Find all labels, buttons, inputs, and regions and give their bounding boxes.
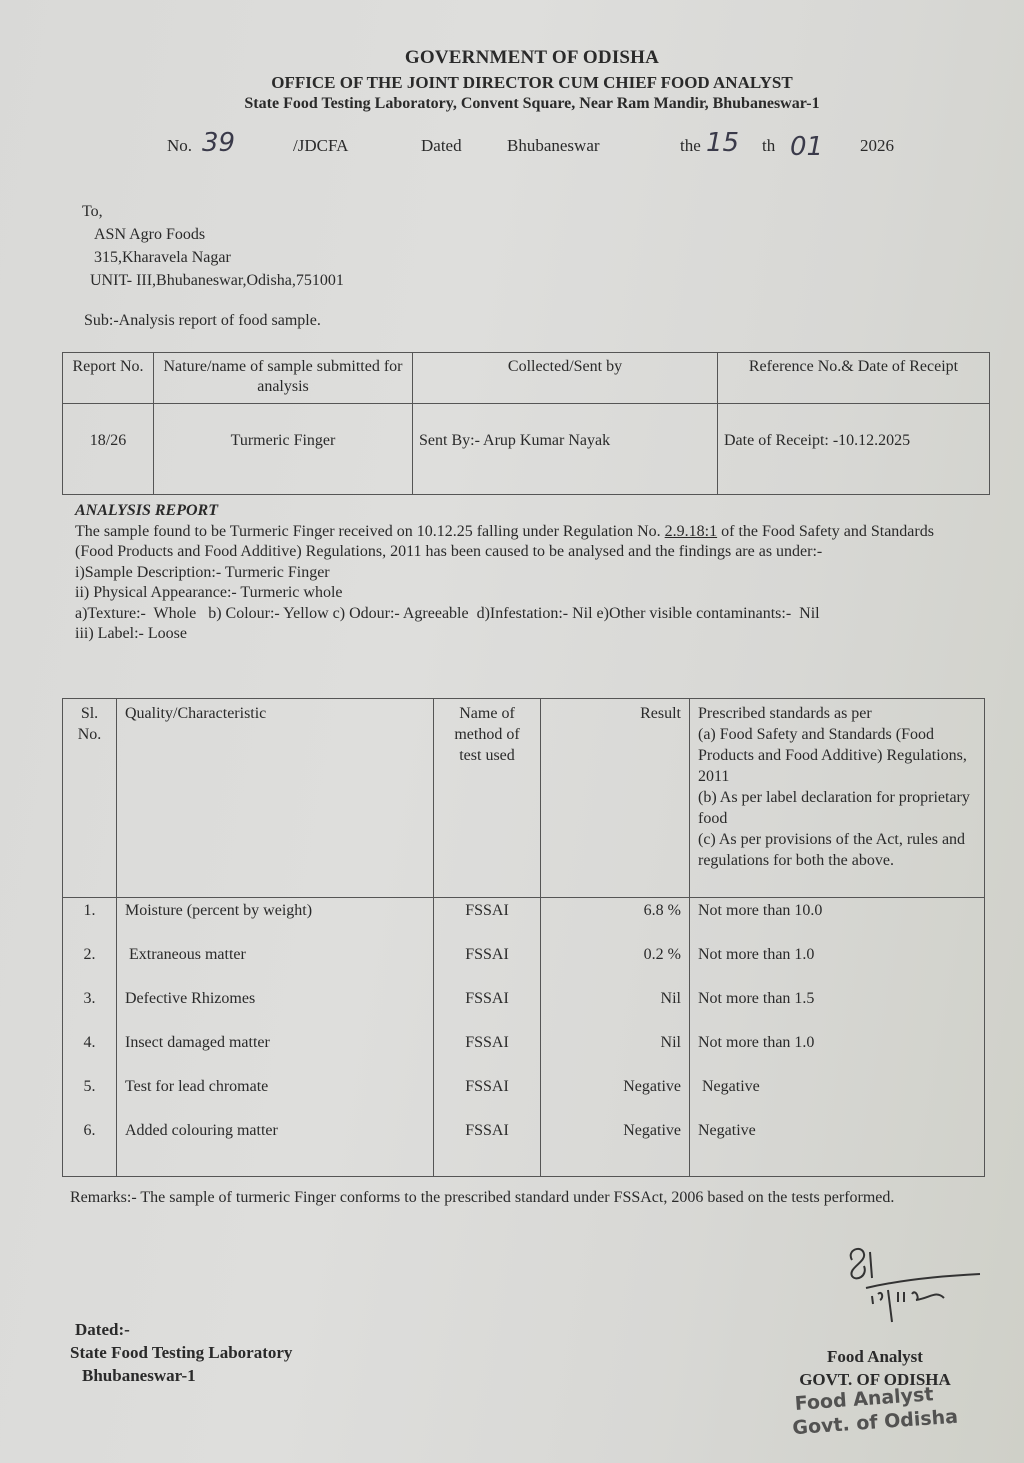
sl-no: 5. [63,1074,117,1118]
result-value: Negative [541,1074,690,1118]
header-sample-name: Nature/name of sample submitted for anal… [154,353,413,404]
sl-no: 1. [63,898,117,943]
footer-lab-name: State Food Testing Laboratory [70,1341,292,1364]
footer-designation: Food Analyst [770,1345,980,1368]
regulation-number: 2.9.18:1 [665,523,717,540]
prescribed-standard: Not more than 1.0 [690,1030,985,1074]
ref-office-code: /JDCFA [293,136,348,156]
header-government: GOVERNMENT OF ODISHA [0,47,1024,69]
table-row: 4.Insect damaged matterFSSAINilNot more … [63,1030,985,1074]
footer-lab-block: Dated:- State Food Testing Laboratory Bh… [70,1318,292,1387]
remarks: Remarks:- The sample of turmeric Finger … [70,1187,990,1208]
standard-line: (a) Food Safety and Standards (Food Prod… [698,724,976,787]
ref-dated-label: Dated [421,136,462,156]
sent-by: Sent By:- Arup Kumar Nayak [413,404,718,495]
header-collected-by: Collected/Sent by [413,353,718,404]
recipient-address-line1: 315,Kharavela Nagar [82,246,344,269]
result-value: Negative [541,1118,690,1177]
test-method: FSSAI [434,1030,541,1074]
to-label: To, [82,200,344,223]
physical-appearance: ii) Physical Appearance:- Turmeric whole [75,583,975,604]
handwritten-signature [840,1238,990,1328]
sample-description: i)Sample Description:- Turmeric Finger [75,563,975,584]
ref-day: 15 [706,128,739,158]
header-report-no: Report No. [63,353,154,404]
footer-dated: Dated:- [70,1318,292,1341]
header-standard: Prescribed standards as per (a) Food Saf… [690,699,985,898]
standard-line: (b) As per label declaration for proprie… [698,787,976,829]
result-value: 6.8 % [541,898,690,943]
standard-line: (c) As per provisions of the Act, rules … [698,829,976,871]
standard-line: Prescribed standards as per [698,703,976,724]
analysis-text-pre: The sample found to be Turmeric Finger r… [75,523,665,540]
table-row: 5.Test for lead chromateFSSAINegative Ne… [63,1074,985,1118]
sample-info-table: Report No. Nature/name of sample submitt… [62,352,990,495]
results-table: Sl. No. Quality/Characteristic Name of m… [62,698,985,1177]
ref-year: 2026 [860,136,894,156]
sl-no: 2. [63,942,117,986]
prescribed-standard: Negative [690,1074,985,1118]
sl-no: 6. [63,1118,117,1177]
ref-no-value: 39 [202,128,235,158]
sl-no: 4. [63,1030,117,1074]
ref-place: Bhubaneswar [507,136,600,156]
analysis-title: ANALYSIS REPORT [75,501,975,522]
result-value: 0.2 % [541,942,690,986]
label-info: iii) Label:- Loose [75,624,975,645]
header-reference: Reference No.& Date of Receipt [718,353,990,404]
prescribed-standard: Not more than 1.5 [690,986,985,1030]
subject-line: Sub:-Analysis report of food sample. [84,312,321,330]
sample-table-header: Report No. Nature/name of sample submitt… [63,353,990,404]
recipient-address-line2: UNIT- III,Bhubaneswar,Odisha,751001 [82,269,344,292]
quality-characteristic: Extraneous matter [117,942,434,986]
result-value: Nil [541,1030,690,1074]
ref-month: 01 [790,132,823,162]
test-method: FSSAI [434,1074,541,1118]
test-method: FSSAI [434,986,541,1030]
result-value: Nil [541,986,690,1030]
quality-characteristic: Insect damaged matter [117,1030,434,1074]
table-row: 3.Defective RhizomesFSSAINilNot more tha… [63,986,985,1030]
test-method: FSSAI [434,898,541,943]
recipient-name: ASN Agro Foods [82,223,344,246]
table-row: 1.Moisture (percent by weight)FSSAI6.8 %… [63,898,985,943]
footer-city: Bhubaneswar-1 [70,1364,292,1387]
physical-attributes: a)Texture:- Whole b) Colour:- Yellow c) … [75,604,975,625]
header-result: Result [541,699,690,898]
header-office: OFFICE OF THE JOINT DIRECTOR CUM CHIEF F… [0,73,1024,93]
header-method: Name of method of test used [434,699,541,898]
table-row: 2. Extraneous matterFSSAI0.2 %Not more t… [63,942,985,986]
report-no: 18/26 [63,404,154,495]
quality-characteristic: Defective Rhizomes [117,986,434,1030]
analysis-paragraph: The sample found to be Turmeric Finger r… [75,522,975,563]
recipient-address: To, ASN Agro Foods 315,Kharavela Nagar U… [82,200,344,292]
date-of-receipt: Date of Receipt: -10.12.2025 [718,404,990,495]
ref-the-label: the [680,136,701,156]
test-method: FSSAI [434,942,541,986]
quality-characteristic: Test for lead chromate [117,1074,434,1118]
prescribed-standard: Not more than 1.0 [690,942,985,986]
sample-table-row: 18/26 Turmeric Finger Sent By:- Arup Kum… [63,404,990,495]
prescribed-standard: Not more than 10.0 [690,898,985,943]
header-sl-no: Sl. No. [63,699,117,898]
prescribed-standard: Negative [690,1118,985,1177]
ref-th-label: th [762,136,775,156]
sample-name: Turmeric Finger [154,404,413,495]
analysis-section: ANALYSIS REPORT The sample found to be T… [75,501,975,645]
header-quality: Quality/Characteristic [117,699,434,898]
header-laboratory: State Food Testing Laboratory, Convent S… [0,95,1024,113]
sl-no: 3. [63,986,117,1030]
test-method: FSSAI [434,1118,541,1177]
ref-no-label: No. [167,136,192,156]
table-row: 6.Added colouring matterFSSAINegativeNeg… [63,1118,985,1177]
quality-characteristic: Moisture (percent by weight) [117,898,434,943]
results-table-header: Sl. No. Quality/Characteristic Name of m… [63,699,985,898]
quality-characteristic: Added colouring matter [117,1118,434,1177]
